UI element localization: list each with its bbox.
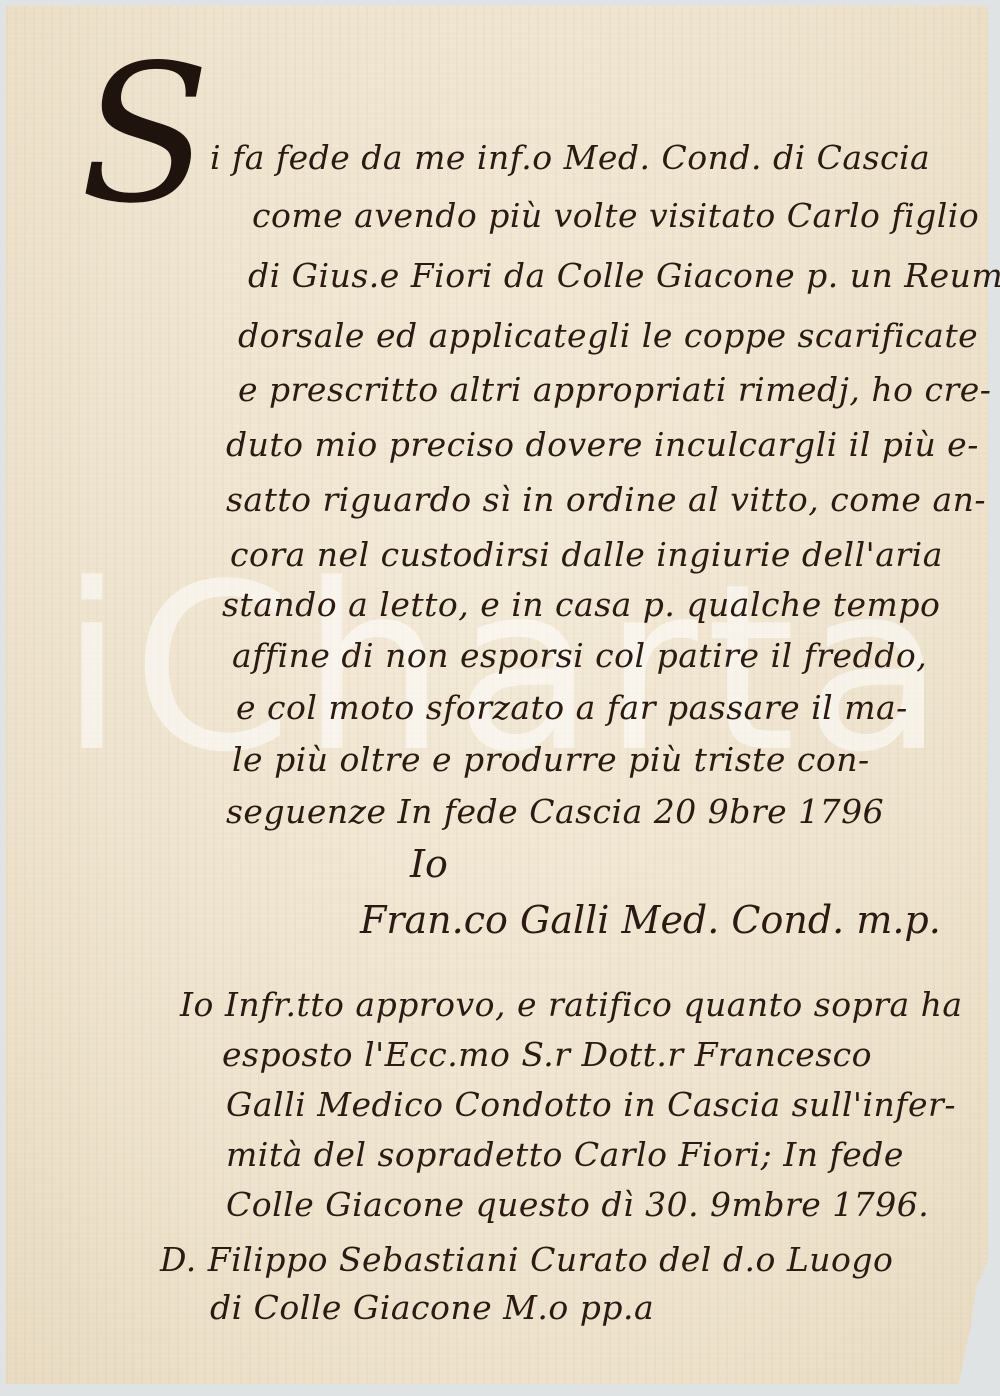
first-line: i fa fede da me inf.o Med. Cond. di Casc… xyxy=(210,138,930,177)
attestation-line: Galli Medico Condotto in Cascia sull'inf… xyxy=(226,1085,956,1124)
body-line: affine di non esporsi col patire il fred… xyxy=(232,636,927,675)
decorative-initial: S xyxy=(80,40,210,230)
body-line: e col moto sforzato a far passare il ma- xyxy=(236,688,908,727)
body-line: stando a letto, e in casa p. qualche tem… xyxy=(222,585,940,624)
body-line: di Gius.e Fiori da Colle Giacone p. un R… xyxy=(248,256,1000,295)
attestation-line: Colle Giacone questo dì 30. 9mbre 1796. xyxy=(226,1185,929,1224)
physician-signature-io: Io xyxy=(410,842,448,886)
physician-signature: Fran.co Galli Med. Cond. m.p. xyxy=(360,898,941,942)
body-line: le più oltre e produrre più triste con- xyxy=(232,740,870,779)
body-line: cora nel custodirsi dalle ingiurie dell'… xyxy=(230,535,943,574)
attestation-line: mità del sopradetto Carlo Fiori; In fede xyxy=(226,1135,904,1174)
body-line: satto riguardo sì in ordine al vitto, co… xyxy=(226,480,986,519)
body-line: come avendo più volte visitato Carlo fig… xyxy=(252,196,979,235)
body-line: duto mio preciso dovere inculcargli il p… xyxy=(226,425,979,464)
attestation-line: Io Infr.tto approvo, e ratifico quanto s… xyxy=(180,985,963,1024)
attestation-line: esposto l'Ecc.mo S.r Dott.r Francesco xyxy=(222,1035,872,1074)
body-line: seguenze In fede Cascia 20 9bre 1796 xyxy=(226,792,884,831)
curate-signature: D. Filippo Sebastiani Curato del d.o Luo… xyxy=(160,1240,893,1279)
body-line: dorsale ed applicategli le coppe scarifi… xyxy=(238,316,978,355)
body-line: e prescritto altri appropriati rimedj, h… xyxy=(238,370,991,409)
curate-signature: di Colle Giacone M.o pp.a xyxy=(210,1288,654,1327)
